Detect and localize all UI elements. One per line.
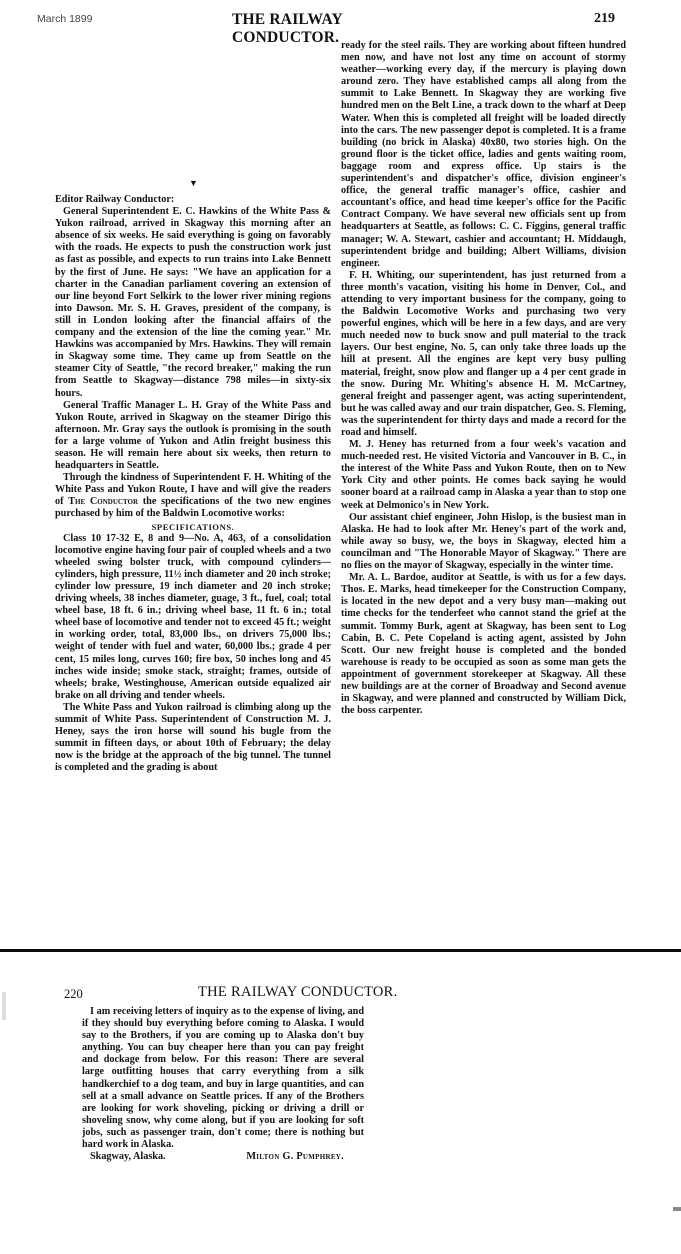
page-divider xyxy=(0,949,681,952)
signature-author: Milton G. Pumphrey. xyxy=(246,1151,344,1163)
paragraph: General Traffic Manager L. H. Gray of th… xyxy=(55,400,331,473)
signature-place: Skagway, Alaska. xyxy=(90,1151,166,1163)
signature-line: Skagway, Alaska. Milton G. Pumphrey. xyxy=(82,1151,364,1163)
scan-edge-mark xyxy=(2,992,6,1020)
paragraph: Mr. A. L. Bardoe, auditor at Seattle, is… xyxy=(341,572,626,717)
scan-corner-mark xyxy=(673,1207,681,1211)
paragraph: M. J. Heney has returned from a four wee… xyxy=(341,439,626,512)
paragraph-continuation: ready for the steel rails. They are work… xyxy=(341,40,626,270)
right-column: ready for the steel rails. They are work… xyxy=(341,40,626,717)
left-column: Editor Railway Conductor: General Superi… xyxy=(55,194,331,775)
page-number: 220 xyxy=(64,987,83,1002)
specifications-heading: SPECIFICATIONS. xyxy=(55,521,331,533)
page-date: March 1899 xyxy=(37,13,92,29)
paragraph: Our assistant chief engineer, John Hislo… xyxy=(341,512,626,572)
salutation: Editor Railway Conductor: xyxy=(55,194,331,206)
paragraph: F. H. Whiting, our superintendent, has j… xyxy=(341,270,626,439)
paragraph: General Superintendent E. C. Hawkins of … xyxy=(55,206,331,400)
paragraph: I am receiving letters of inquiry as to … xyxy=(82,1006,364,1151)
page-title: THE RAILWAY CONDUCTOR. xyxy=(198,984,398,1001)
specifications-text: Class 10 17-32 E, 8 and 9—No. A, 463, of… xyxy=(55,533,331,702)
paragraph: The White Pass and Yukon railroad is cli… xyxy=(55,702,331,775)
letter-body: I am receiving letters of inquiry as to … xyxy=(82,1006,364,1163)
publication-name: The Conductor xyxy=(68,496,138,507)
paragraph: Through the kindness of Superintendent F… xyxy=(55,472,331,520)
page-title: THE RAILWAY CONDUCTOR. xyxy=(232,11,446,27)
page-number: 219 xyxy=(594,11,615,27)
ornament-icon: ▼ xyxy=(189,178,198,188)
